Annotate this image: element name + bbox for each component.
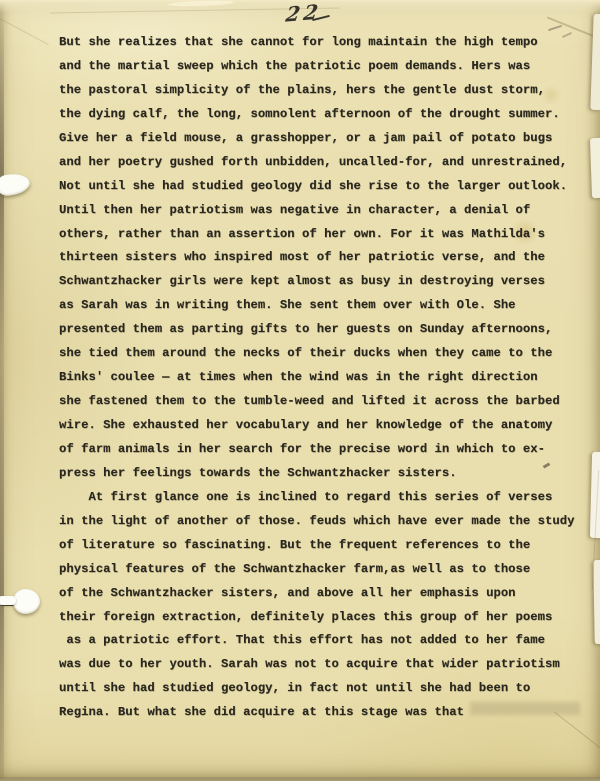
text-line: Give her a field mouse, a grasshopper, o… bbox=[59, 127, 579, 151]
text-line: Regina. But what she did acquire at this… bbox=[59, 701, 579, 725]
text-line: and her poetry gushed forth unbidden, un… bbox=[59, 151, 579, 175]
text-line: Binks' coulee — at times when the wind w… bbox=[59, 366, 579, 390]
right-tear-lower bbox=[593, 560, 600, 644]
text-line: the dying calf, the long, somnolent afte… bbox=[59, 103, 579, 127]
text-line: Until then her patriotism was negative i… bbox=[59, 199, 579, 223]
text-line: and the martial sweep which the patrioti… bbox=[59, 55, 579, 79]
text-line: was due to her youth. Sarah was not to a… bbox=[59, 653, 579, 677]
bottom-edge-line bbox=[0, 777, 600, 781]
typewritten-text-block: But she realizes that she cannot for lon… bbox=[59, 31, 579, 725]
text-line: Not until she had studied geology did sh… bbox=[59, 175, 579, 199]
text-line: press her feelings towards the Schwantzh… bbox=[59, 462, 579, 486]
text-line: as a patriotic effort. That this effort … bbox=[59, 629, 579, 653]
scanned-manuscript-page: 22 But she realizes that she cannot for … bbox=[0, 0, 600, 781]
punch-hole-bottom-slot bbox=[0, 596, 16, 605]
text-line: until she had studied geology, in fact n… bbox=[59, 677, 579, 701]
text-line: of farm animals in her search for the pr… bbox=[59, 438, 579, 462]
text-line: At first glance one is inclined to regar… bbox=[59, 486, 579, 510]
text-line: she tied them around the necks of their … bbox=[59, 342, 579, 366]
text-line: Schwantzhacker girls were kept almost as… bbox=[59, 270, 579, 294]
text-line: But she realizes that she cannot for lon… bbox=[59, 31, 579, 55]
text-line: others, rather than an assertion of her … bbox=[59, 223, 579, 247]
text-line: wire. She exhausted her vocabulary and h… bbox=[59, 414, 579, 438]
text-line: thirteen sisters who inspired most of he… bbox=[59, 246, 579, 270]
left-edge-shadow bbox=[0, 0, 4, 781]
text-line: in the light of another of those. feuds … bbox=[59, 510, 579, 534]
text-line: she fastened them to the tumble-weed and… bbox=[59, 390, 579, 414]
text-line: as Sarah was in writing them. She sent t… bbox=[59, 294, 579, 318]
text-line: of the Schwantzhacker sisters, and above… bbox=[59, 582, 579, 606]
text-line: the pastoral simplicity of the plains, h… bbox=[59, 79, 579, 103]
text-line: physical features of the Schwantzhacker … bbox=[59, 558, 579, 582]
text-line: their foreign extraction, definitely pla… bbox=[59, 606, 579, 630]
text-line: presented them as parting gifts to her g… bbox=[59, 318, 579, 342]
text-line: of literature so fascinating. But the fr… bbox=[59, 534, 579, 558]
handwritten-page-number: 22 bbox=[284, 0, 324, 27]
right-tear-upper bbox=[590, 138, 600, 198]
